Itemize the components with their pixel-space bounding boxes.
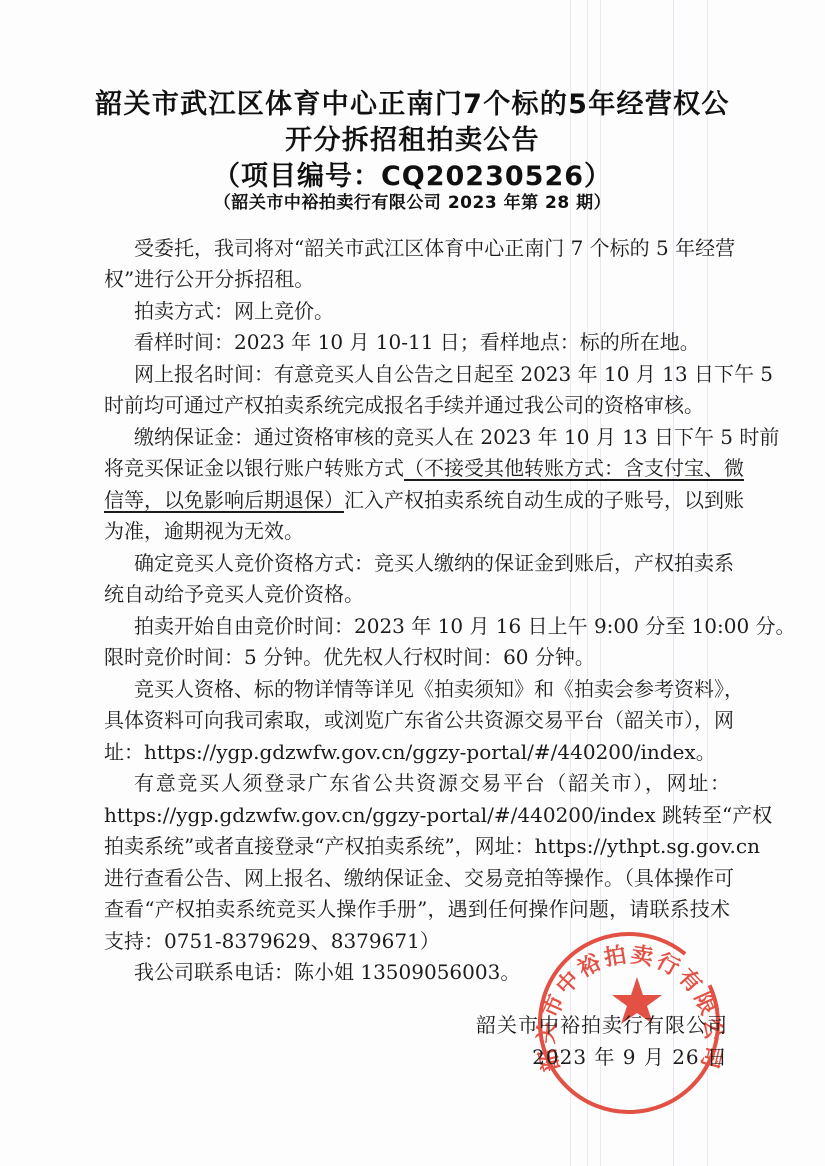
paragraph-bidding-time: 拍卖开始自由竞价时间：2023 年 10 月 16 日上午 9:00 分至 10…: [134, 614, 730, 638]
paragraph-bid-qualification-cont: 统自动给予竞买人竞价资格。: [104, 582, 730, 606]
portal-url-link-2[interactable]: https://ygp.gdzwfw.gov.cn/ggzy-portal/#/…: [104, 803, 730, 827]
deposit-account-text: 汇入产权拍卖系统自动生成的子账号，以到账: [344, 488, 744, 512]
paragraph-viewing-time: 看样时间：2023 年 10 月 10-11 日；看样地点：标的所在地。: [134, 330, 730, 354]
paragraph-auction-method: 拍卖方式：网上竞价。: [134, 299, 730, 323]
paragraph-deposit: 缴纳保证金：通过资格审核的竞买人在 2023 年 10 月 13 日下午 5 时…: [134, 425, 730, 449]
issuer-issue: （韶关市中裕拍卖行有限公司 2023 年第 28 期）: [0, 188, 825, 213]
company-contact-phone: 我公司联系电话：陈小姐 13509056003。: [134, 960, 730, 984]
paragraph-registration-time: 网上报名时间：有意竞买人自公告之日起至 2023 年 10 月 13 日下午 5: [134, 362, 730, 386]
paragraph-details-cont-1: 具体资料可向我司索取，或浏览广东省公共资源交易平台（韶关市），网: [104, 708, 730, 732]
signature-company: 韶关市中裕拍卖行有限公司: [476, 1013, 728, 1037]
paragraph-login-cont-3: 进行查看公告、网上报名、缴纳保证金、交易竞拍等操作。（具体操作可: [104, 866, 730, 890]
title-line-2: 开分拆招租拍卖公告: [0, 118, 825, 157]
paragraph-login-cont-4: 查看“产权拍卖系统竞买人操作手册”，遇到任何操作问题，请联系技术: [104, 897, 730, 921]
signature-date: 2023 年 9 月 26 日: [532, 1045, 728, 1069]
paragraph-deposit-cont-3: 为准，逾期视为无效。: [104, 519, 730, 543]
paragraph-details: 竞买人资格、标的物详情等详见《拍卖须知》和《拍卖会参考资料》，: [134, 677, 730, 701]
paragraph-deposit-cont-1: 将竞买保证金以银行账户转账方式（不接受其他转账方式：含支付宝、微: [104, 456, 730, 480]
paragraph-login: 有意竞买人须登录广东省公共资源交易平台（韶关市），网址：: [134, 771, 730, 795]
deposit-restriction-underlined-cont: 信等，以免影响后期退保）: [104, 488, 344, 512]
deposit-restriction-underlined: （不接受其他转账方式：含支付宝、微: [404, 456, 744, 480]
deposit-method-text: 将竞买保证金以银行账户转账方式: [104, 456, 404, 480]
portal-url-link[interactable]: 址：https://ygp.gdzwfw.gov.cn/ggzy-portal/…: [104, 740, 730, 764]
auction-system-url-link[interactable]: 拍卖系统”或者直接登录“产权拍卖系统”，网址：https://ythpt.sg.…: [104, 834, 730, 858]
paragraph-entrustment-cont: 权”进行公开分拆招租。: [104, 267, 730, 291]
paragraph-bidding-time-cont: 限时竞价时间：5 分钟。优先权人行权时间：60 分钟。: [104, 645, 730, 669]
paragraph-bid-qualification: 确定竞买人竞价资格方式：竞买人缴纳的保证金到账后，产权拍卖系: [134, 551, 730, 575]
title-line-1: 韶关市武江区体育中心正南门7个标的5年经营权公: [0, 82, 825, 121]
paragraph-registration-time-cont: 时前均可通过产权拍卖系统完成报名手续并通过我公司的资格审核。: [104, 393, 730, 417]
paragraph-entrustment: 受委托，我司将对“韶关市武江区体育中心正南门 7 个标的 5 年经营: [134, 236, 730, 260]
tech-support-phone: 支持：0751-8379629、8379671）: [104, 929, 730, 953]
paragraph-deposit-cont-2: 信等，以免影响后期退保）汇入产权拍卖系统自动生成的子账号，以到账: [104, 488, 730, 512]
